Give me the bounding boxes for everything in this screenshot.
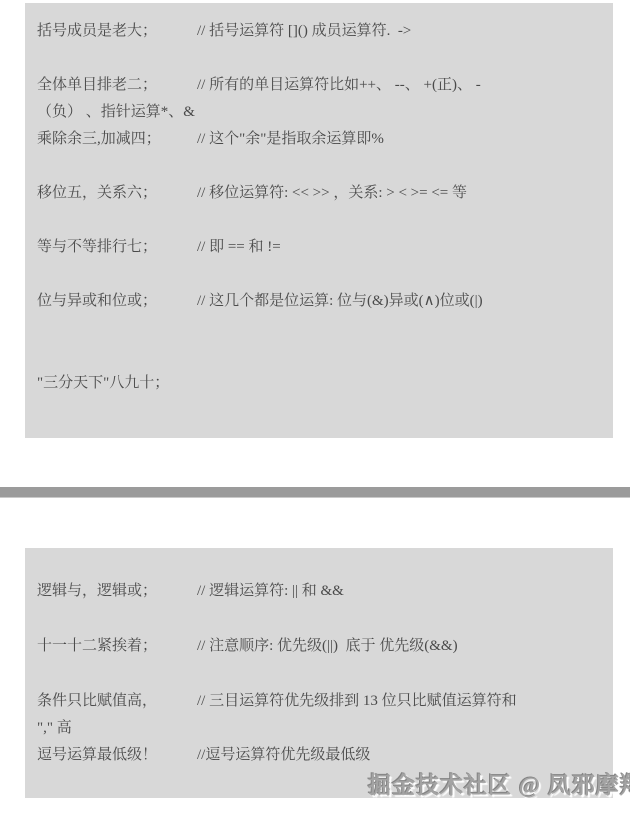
article-page: 括号成员是老大； // 括号运算符 []() 成员运算符. -> 全体单目排老二… [0, 0, 630, 820]
code-row: 逻辑与，逻辑或； // 逻辑运算符: || 和 && [37, 578, 599, 605]
code-block-precedence-2: 逻辑与，逻辑或； // 逻辑运算符: || 和 && 十一十二紧挨着； // 注… [25, 548, 613, 798]
comment-text: // 所有的单目运算符比如++、 --、 +(正)、 - [197, 72, 599, 99]
comment-text: // 移位运算符: << >> ，关系: > < >= <= 等 [197, 180, 599, 207]
comment-text: // 即 == 和 != [197, 234, 599, 261]
mnemonic-text: 十一十二紧挨着； [37, 633, 197, 660]
comment-text: // 这个"余"是指取余运算即% [197, 126, 599, 153]
mnemonic-text: 逗号运算最低级！ [37, 742, 197, 769]
mnemonic-text: 等与不等排行七； [37, 234, 197, 261]
mnemonic-text: 全体单目排老二； [37, 72, 197, 99]
comment-text: // 三目运算符优先级排到 13 位只比赋值运算符和 [197, 688, 599, 715]
comment-text: // 括号运算符 []() 成员运算符. -> [197, 18, 599, 45]
mnemonic-text: "三分天下"八九十； [37, 370, 197, 397]
comment-text: // 逻辑运算符: || 和 && [197, 578, 599, 605]
mnemonic-text: 条件只比赋值高， [37, 688, 197, 715]
code-row: 十一十二紧挨着； // 注意顺序: 优先级(||) 底于 优先级(&&) [37, 633, 599, 660]
code-row: 逗号运算最低级！ //逗号运算符优先级最低级 [37, 742, 599, 769]
code-block-precedence-1: 括号成员是老大； // 括号运算符 []() 成员运算符. -> 全体单目排老二… [25, 3, 613, 438]
mnemonic-text: 乘除余三,加减四； [37, 126, 197, 153]
mnemonic-text: 逻辑与，逻辑或； [37, 578, 197, 605]
comment-text: //逗号运算符优先级最低级 [197, 742, 599, 769]
comment-text: // 这几个都是位运算: 位与(&)异或(∧)位或(|) [197, 288, 599, 315]
section-divider [0, 487, 630, 498]
code-row: 括号成员是老大； // 括号运算符 []() 成员运算符. -> [37, 18, 599, 45]
code-row: "三分天下"八九十； [37, 370, 599, 397]
code-row: 位与异或和位或； // 这几个都是位运算: 位与(&)异或(∧)位或(|) [37, 288, 599, 315]
code-row: 条件只比赋值高， // 三目运算符优先级排到 13 位只比赋值运算符和 [37, 688, 599, 715]
mnemonic-text: 位与异或和位或； [37, 288, 197, 315]
comment-wrap-line: （负） 、指针运算*、& [37, 99, 599, 126]
code-row: 乘除余三,加减四； // 这个"余"是指取余运算即% [37, 126, 599, 153]
code-row: 移位五，关系六； // 移位运算符: << >> ，关系: > < >= <= … [37, 180, 599, 207]
comment-text: // 注意顺序: 优先级(||) 底于 优先级(&&) [197, 633, 599, 660]
mnemonic-text: 括号成员是老大； [37, 18, 197, 45]
code-row: 等与不等排行七； // 即 == 和 != [37, 234, 599, 261]
code-row: 全体单目排老二； // 所有的单目运算符比如++、 --、 +(正)、 - [37, 72, 599, 99]
mnemonic-text: 移位五，关系六； [37, 180, 197, 207]
comment-wrap-line: "," 高 [37, 715, 599, 742]
